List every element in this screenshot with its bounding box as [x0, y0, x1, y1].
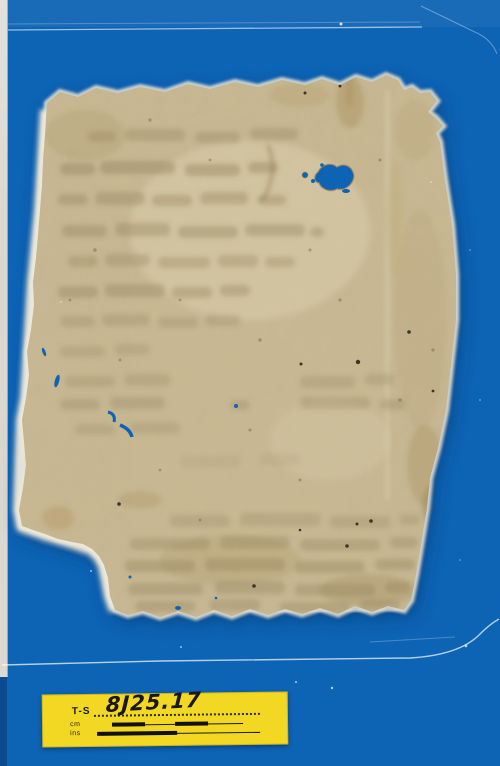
- dust-specks: [60, 23, 481, 690]
- plastic-sleeve-outline: [0, 0, 500, 766]
- classmark-label: T-S 8J25.17 cm ins: [42, 691, 289, 747]
- sleeve-top-edge: [8, 27, 422, 30]
- sleeve-bottom-inner-edge: [370, 637, 455, 642]
- sleeve-corner-top-right: [421, 6, 497, 54]
- ins-scale-caption: ins: [70, 730, 81, 737]
- cm-scale-caption: cm: [70, 721, 80, 728]
- photo-frame: T-S 8J25.17 cm ins: [0, 0, 500, 766]
- sleeve-top-inner-edge: [8, 22, 420, 24]
- cm-scale-bar: [112, 721, 243, 728]
- ins-scale-bar: [97, 730, 260, 737]
- classmark-prefix: T-S: [72, 706, 91, 717]
- sleeve-bottom-edge: [2, 619, 499, 665]
